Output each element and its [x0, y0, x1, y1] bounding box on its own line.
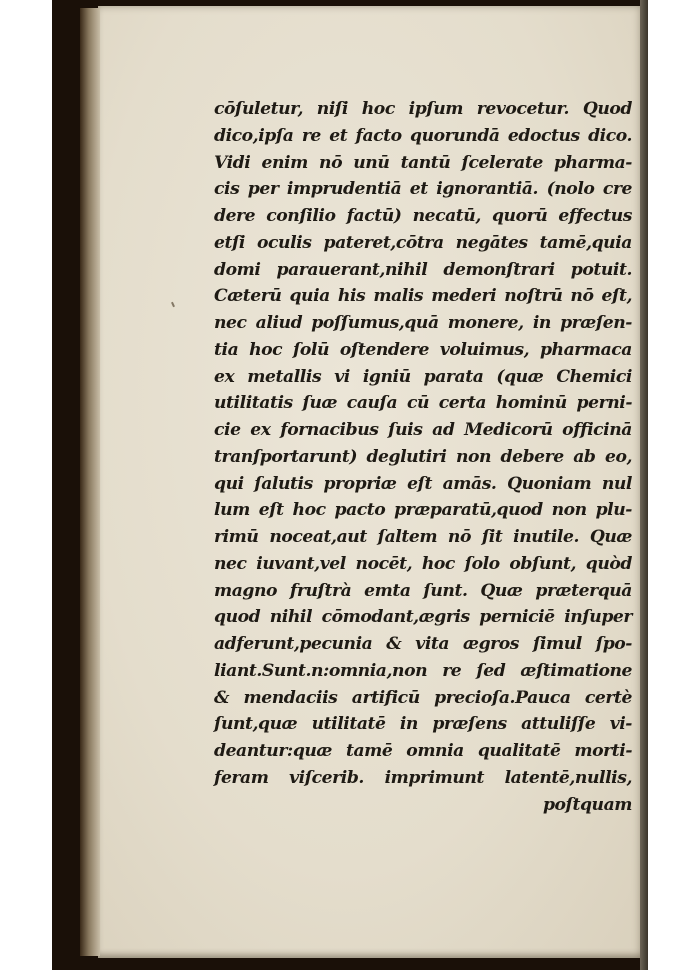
text-line: adferunt,pecunia & vita ægros ſimul ſpo- — [214, 631, 632, 658]
text-line: liant.Sunt.n:omnia,non re ſed æſtimation… — [214, 658, 632, 685]
text-line: qui ſalutis propriæ eſt amās. Quoniam nu… — [214, 471, 632, 498]
text-line: domi parauerant,nihil demonſtrari potuit… — [214, 257, 632, 284]
text-line: rimū noceat,aut ſaltem nō ſit inutile. Q… — [214, 524, 632, 551]
text-line: ex metallis vi igniū parata (quæ Chemici — [214, 364, 632, 391]
body-text: cōſuletur, niſi hoc ipſum revocetur. Quo… — [214, 96, 632, 818]
text-line: cie ex fornacibus ſuis ad Medicorū offic… — [214, 417, 632, 444]
text-line: Vidi enim nō unū tantū ſcelerate pharma- — [214, 150, 632, 177]
text-line: lum eſt hoc pacto præparatū,quod non plu… — [214, 497, 632, 524]
text-line: tia hoc ſolū oſtendere voluimus, pharmac… — [214, 337, 632, 364]
text-line: deantur:quæ tamē omnia qualitatē morti- — [214, 738, 632, 765]
text-line: dere conſilio factū) necatū, quorū effec… — [214, 203, 632, 230]
text-line: cōſuletur, niſi hoc ipſum revocetur. Quo… — [214, 96, 632, 123]
text-line: & mendaciis artificū precioſa.Pauca cert… — [214, 685, 632, 712]
text-line: quod nihil cōmodant,ægris perniciē inſup… — [214, 604, 632, 631]
right-page-edge — [640, 0, 648, 970]
text-line: cis per imprudentiā et ignorantiā. (nolo… — [214, 176, 632, 203]
text-line: nec iuvant,vel nocēt, hoc ſolo obſunt, q… — [214, 551, 632, 578]
text-line: nec aliud poſſumus,quā monere, in præſen… — [214, 310, 632, 337]
text-line: etſi oculis pateret,cōtra negātes tamē,q… — [214, 230, 632, 257]
text-line: utilitatis ſuæ cauſa cū certa hominū per… — [214, 390, 632, 417]
text-line: dico,ipſa re et facto quorundā edoctus d… — [214, 123, 632, 150]
text-line: Cæterū quia his malis mederi noſtrū nō e… — [214, 283, 632, 310]
text-line: feram viſcerib. imprimunt latentē,nullis… — [214, 765, 632, 792]
page-edge — [80, 8, 100, 956]
text-line: magno fruſtrà emta ſunt. Quæ præterquā — [214, 578, 632, 605]
text-line: tranſportarunt) deglutiri non debere ab … — [214, 444, 632, 471]
catchword: poſtquam — [214, 792, 632, 819]
text-line: ſunt,quæ utilitatē in præſens attuliſſe … — [214, 711, 632, 738]
